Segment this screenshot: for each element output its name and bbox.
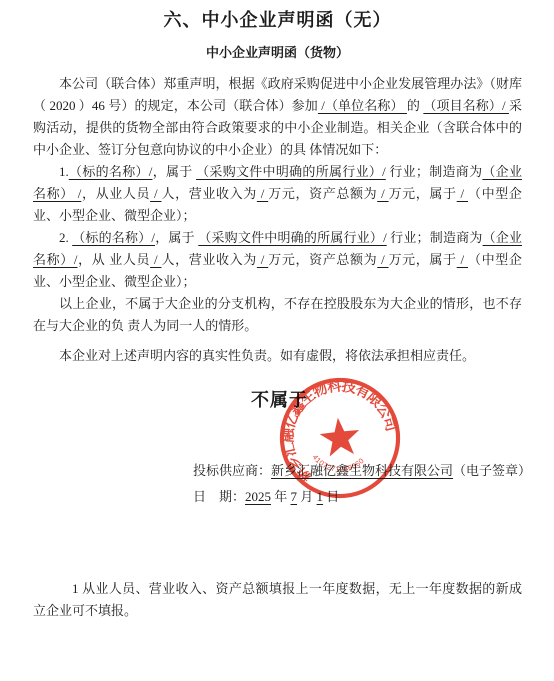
supplier-name: 新乡汇融亿鑫生物科技有限公司 <box>271 463 453 478</box>
paragraph-item-1: 1.（标的名称）/，属于 （采购文件中明确的所属行业）/ 行业；制造商为（企业名… <box>33 161 522 227</box>
document-body: 本公司（联合体）郑重声明，根据《政府采购促进中小企业发展管理办法》（财库（ 20… <box>33 73 522 367</box>
footnote-text: 1 从业人员、营业收入、资产总额填报上一年度数据，无上一年度数据的新成立企业可不… <box>33 578 522 622</box>
seal-star-icon <box>318 416 361 458</box>
date-year-unit: 年 <box>271 489 291 504</box>
paragraph-declaration-intro: 本公司（联合体）郑重声明，根据《政府采购促进中小企业发展管理办法》（财库（ 20… <box>33 73 522 161</box>
company-seal-stamp: 新乡汇融亿鑫生物科技有限公司 4107271086360 <box>277 375 403 501</box>
document-subtitle: 中小企业声明函（货物） <box>33 44 522 61</box>
supplier-label: 投标供应商： <box>193 463 271 478</box>
declaration-document-page: 六、中小企业声明函（无） 中小企业声明函（货物） 本公司（联合体）郑重声明，根据… <box>0 0 554 681</box>
paragraph-not-large-enterprise: 以上企业，不属于大企业的分支机构，不存在控股股东为大企业的情形，也不存在与大企业… <box>33 293 522 337</box>
date-day-unit: 日 <box>323 489 339 504</box>
document-content: 六、中小企业声明函（无） 中小企业声明函（货物） 本公司（联合体）郑重声明，根据… <box>0 0 554 367</box>
date-month-unit: 月 <box>297 489 317 504</box>
paragraph-item-2: 2. （标的名称）/，属于 （采购文件中明确的所属行业）/ 行业；制造商为（企业… <box>33 227 522 293</box>
paragraph-responsibility: 本企业对上述声明内容的真实性负责。如有虚假，将依法承担相应责任。 <box>33 345 522 367</box>
footnote: 1 从业人员、营业收入、资产总额填报上一年度数据，无上一年度数据的新成立企业可不… <box>33 578 522 622</box>
supplier-signature-line: 投标供应商：新乡汇融亿鑫生物科技有限公司（电子签章） <box>193 462 531 480</box>
date-label: 日 期： <box>193 489 245 504</box>
document-title: 六、中小企业声明函（无） <box>33 8 522 32</box>
supplier-suffix: （电子签章） <box>453 463 531 478</box>
date-line: 日 期：2025 年 7 月 1 日 <box>193 488 339 506</box>
date-year: 2025 <box>245 489 271 504</box>
